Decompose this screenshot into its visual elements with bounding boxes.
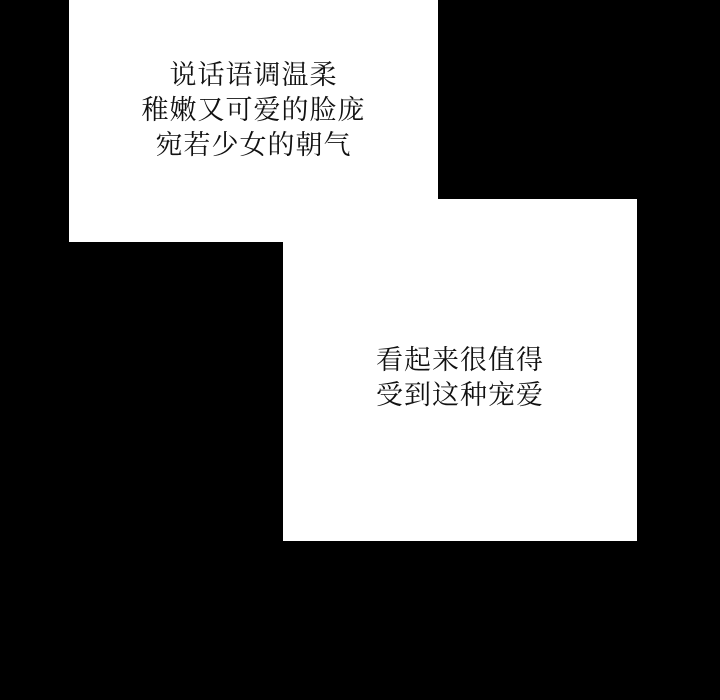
narration-text-block-2: 看起来很值得 受到这种宠爱 [283,343,637,413]
narration-line: 宛若少女的朝气 [69,128,438,163]
comic-panel-narration-2: 看起来很值得 受到这种宠爱 [283,199,637,541]
comic-page: 说话语调温柔 稚嫩又可爱的脸庞 宛若少女的朝气 看起来很值得 受到这种宠爱 [0,0,720,700]
narration-line: 受到这种宠爱 [283,378,637,413]
narration-line: 稚嫩又可爱的脸庞 [69,93,438,128]
narration-text-block-1: 说话语调温柔 稚嫩又可爱的脸庞 宛若少女的朝气 [69,58,438,163]
narration-line: 说话语调温柔 [69,58,438,93]
narration-line: 看起来很值得 [283,343,637,378]
